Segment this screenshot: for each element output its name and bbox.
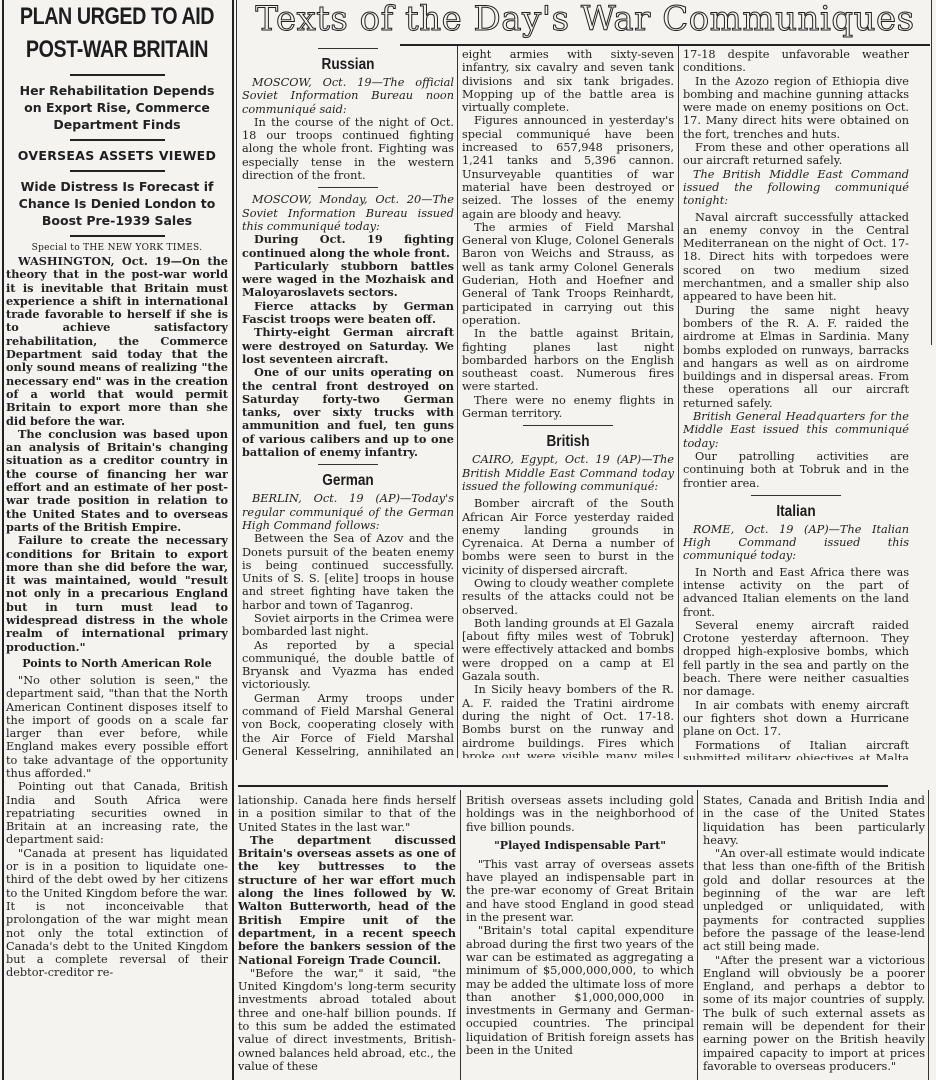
left-article-column: PLAN URGED TO AID POST-WAR BRITAIN Her R… <box>6 4 228 1080</box>
russian-paragraph: In the course of the night of Oct. 18 ou… <box>242 116 454 182</box>
headline-line-2: POST-WAR BRITAIN <box>10 37 225 62</box>
headline: PLAN URGED TO AID POST-WAR BRITAIN <box>6 4 228 62</box>
article-paragraph: "An over-all estimate would indicate tha… <box>703 847 925 953</box>
column-rule <box>931 0 932 345</box>
russian-paragraph: Particularly stubborn battles were waged… <box>242 260 454 300</box>
british-paragraph: Bomber aircraft of the South African Air… <box>462 497 674 577</box>
italian-paragraph: Formations of Italian aircraft submitted… <box>683 739 909 760</box>
italian-dateline: ROME, Oct. 19 (AP)—The Italian High Comm… <box>683 523 909 563</box>
article-paragraph: "After the present war a victorious Engl… <box>703 954 925 1074</box>
russian-dateline-2: MOSCOW, Monday, Oct. 20—The Soviet Infor… <box>242 193 454 233</box>
italian-paragraph: In North and East Africa there was inten… <box>683 566 909 619</box>
deck-1: Her Rehabilitation Depends on Export Ris… <box>6 82 228 133</box>
headline-rule <box>70 74 165 76</box>
continuation-column-2: British overseas assets including gold h… <box>466 794 694 1080</box>
german-paragraph: German Army troops under command of Fiel… <box>242 692 454 758</box>
article-paragraph: WASHINGTON, Oct. 19—On the theory that i… <box>6 255 228 428</box>
column-rule <box>697 790 698 1080</box>
article-subhead: "Played Indispensable Part" <box>466 838 694 854</box>
communiques-banner: Texts of the Day's War Communiques <box>238 0 932 36</box>
italian-heading: Italian <box>700 501 892 523</box>
british-dateline-2: The British Middle East Command issued t… <box>683 168 909 208</box>
russian-paragraph: Thirty-eight German aircraft were destro… <box>242 326 454 366</box>
article-paragraph: "Before the war," it said, "the United K… <box>238 967 456 1073</box>
article-paragraph: The conclusion was based upon an analysi… <box>6 428 228 534</box>
deck-3: Wide Distress Is Forecast if Chance Is D… <box>6 178 228 229</box>
continuation-column-3: States, Canada and British India and in … <box>703 794 925 1080</box>
deck-rule <box>70 139 165 141</box>
british-paragraph: During the same night heavy bombers of t… <box>683 304 909 410</box>
byline-credit: Special to THE NEW YORK TIMES. <box>6 243 228 253</box>
british-paragraph: From these and other operations all our … <box>683 141 909 168</box>
british-paragraph: In the Azozo region of Ethiopia dive bom… <box>683 75 909 141</box>
column-rule <box>236 0 237 760</box>
newspaper-page: PLAN URGED TO AID POST-WAR BRITAIN Her R… <box>0 0 936 1080</box>
italian-paragraph: Several enemy aircraft raided Crotone ye… <box>683 619 909 699</box>
german-paragraph: As reported by a special communiqué, the… <box>242 639 454 692</box>
column-rule <box>678 46 679 758</box>
deck-rule <box>70 235 165 237</box>
russian-dateline: MOSCOW, Oct. 19—The official Soviet Info… <box>242 76 454 116</box>
article-paragraph: "Britain's total capital expenditure abr… <box>466 924 694 1057</box>
column-rule <box>928 790 929 1080</box>
article-paragraph: The department discussed Britain's overs… <box>238 834 456 967</box>
article-paragraph: "Canada at present has liquidated or is … <box>6 847 228 980</box>
british-paragraph: Naval aircraft successfully attacked an … <box>683 211 909 304</box>
section-rule <box>523 425 613 426</box>
german-dateline: BERLIN, Oct. 19 (AP)—Today's regular com… <box>242 492 454 532</box>
german-paragraph: In the battle against Britain, fighting … <box>462 327 674 393</box>
communiques-column-3: 17-18 despite unfavorable weather condit… <box>683 48 909 760</box>
deck-2: OVERSEAS ASSETS VIEWED <box>6 147 228 164</box>
german-paragraph: Between the Sea of Azov and the Donets p… <box>242 532 454 612</box>
section-rule <box>318 48 378 49</box>
deck-rule <box>70 170 165 172</box>
section-rule <box>318 464 378 465</box>
section-rule <box>751 495 841 496</box>
british-heading: British <box>478 431 658 453</box>
communiques-column-2: eight armies with sixty-seven infantry, … <box>462 48 674 758</box>
column-rule <box>2 0 4 1080</box>
russian-heading: Russian <box>258 54 438 76</box>
column-rule <box>460 790 461 1080</box>
russian-paragraph: One of our units operating on the centra… <box>242 366 454 459</box>
german-heading: German <box>258 470 438 492</box>
german-paragraph: Figures announced in yesterday's special… <box>462 114 674 220</box>
russian-paragraph: Fierce attacks by German Fascist troops … <box>242 300 454 327</box>
banner-rule <box>400 44 930 46</box>
british-paragraph: Owing to cloudy weather complete results… <box>462 577 674 617</box>
british-paragraph: 17-18 despite unfavorable weather condit… <box>683 48 909 75</box>
article-paragraph: "This vast array of overseas assets have… <box>466 858 694 924</box>
section-divider <box>238 785 888 787</box>
british-dateline-3: British General Headquarters for the Mid… <box>683 410 909 450</box>
german-paragraph: The armies of Field Marshal General von … <box>462 221 674 327</box>
british-dateline: CAIRO, Egypt, Oct. 19 (AP)—The British M… <box>462 453 674 493</box>
article-paragraph: States, Canada and British India and in … <box>703 794 925 847</box>
italian-paragraph: In air combats with enemy aircraft our f… <box>683 699 909 739</box>
british-paragraph: In Sicily heavy bombers of the R. A. F. … <box>462 683 674 758</box>
british-paragraph: Both landing grounds at El Gazala [about… <box>462 617 674 683</box>
german-paragraph: There were no enemy flights in German te… <box>462 394 674 421</box>
german-paragraph: eight armies with sixty-seven infantry, … <box>462 48 674 114</box>
section-rule <box>318 187 378 188</box>
article-paragraph: lationship. Canada here finds herself in… <box>238 794 456 834</box>
article-paragraph: "No other solution is seen," the departm… <box>6 674 228 780</box>
column-rule <box>232 0 234 1080</box>
article-paragraph: British overseas assets including gold h… <box>466 794 694 834</box>
article-paragraph: Pointing out that Canada, British India … <box>6 780 228 846</box>
british-paragraph: Our patrolling activities are continuing… <box>683 450 909 490</box>
column-rule <box>457 46 458 758</box>
communiques-column-1: Russian MOSCOW, Oct. 19—The official Sov… <box>242 48 454 758</box>
article-paragraph: Failure to create the necessary conditio… <box>6 534 228 654</box>
german-paragraph: Soviet airports in the Crimea were bomba… <box>242 612 454 639</box>
headline-line-1: PLAN URGED TO AID <box>10 4 225 29</box>
continuation-column-1: lationship. Canada here finds herself in… <box>238 794 456 1080</box>
russian-paragraph: During Oct. 19 fighting continued along … <box>242 233 454 260</box>
article-subhead: Points to North American Role <box>6 656 228 672</box>
